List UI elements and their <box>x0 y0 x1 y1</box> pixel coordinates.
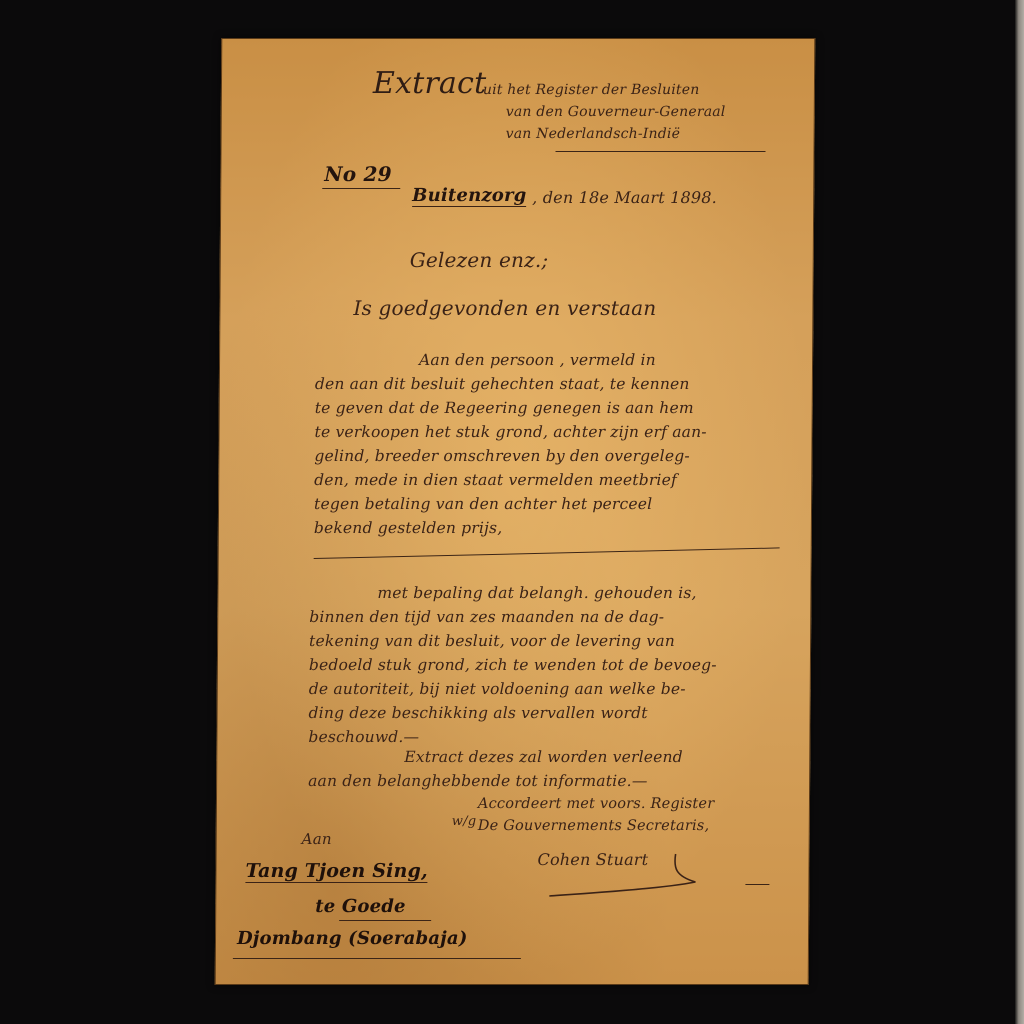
paragraph-2-line: de autoriteit, bij niet voldoening aan w… <box>309 680 686 698</box>
header-underline <box>556 151 766 152</box>
place-name: Buitenzorg <box>412 185 526 207</box>
paragraph-2-line: bedoeld stuk grond, zich te wenden tot d… <box>309 656 717 674</box>
paragraph-1-line: den, mede in dien staat vermelden meetbr… <box>314 471 677 489</box>
background-edge <box>1015 0 1024 1024</box>
dash-mark <box>745 884 769 885</box>
number-underline <box>322 188 400 189</box>
accord-line: Accordeert met voors. Register <box>478 796 715 812</box>
paragraph-2-line: tekening van dit besluit, voor de leveri… <box>309 632 675 650</box>
paragraph-1-line: Aan den persoon , vermeld in <box>419 351 656 369</box>
header-title-word: Extract <box>373 66 487 101</box>
addressee-salutation: Aan <box>302 830 332 848</box>
resolved-clause: Is goedgevonden en verstaan <box>353 296 656 320</box>
signature-flourish <box>545 850 705 900</box>
closing-line-2: aan den belanghebbende tot informatie.— <box>308 772 648 790</box>
addressee-underline <box>233 958 521 959</box>
document-number: No 29 <box>324 162 392 186</box>
paragraph-1-line: tegen betaling van den achter het percee… <box>314 495 652 513</box>
addressee-name: Tang Tjoen Sing, <box>245 860 428 883</box>
header-line-1: uit het Register der Besluiten <box>483 82 700 98</box>
header-line-3: van Nederlandsch-Indië <box>506 126 681 142</box>
addressee-line-2: te Goede <box>315 896 406 917</box>
document-sheet: Extract uit het Register der Besluiten v… <box>215 38 816 985</box>
read-clause: Gelezen enz.; <box>410 248 549 272</box>
paragraph-1-line: te geven dat de Regeering genegen is aan… <box>315 399 694 417</box>
header-line-2: van den Gouverneur-Generaal <box>506 104 726 120</box>
closing-line-1: Extract dezes zal worden verleend <box>404 748 683 766</box>
paragraph-2-line: binnen den tijd van zes maanden na de da… <box>309 608 664 626</box>
paragraph-2-line: beschouwd.— <box>308 728 419 746</box>
date-text: , den 18e Maart 1898. <box>532 188 717 207</box>
paragraph-1-line: gelind, breeder omschreven by den overge… <box>314 447 690 465</box>
paragraph-1-line: den aan dit besluit gehechten staat, te … <box>315 375 690 393</box>
secretary-mark: w/g <box>452 814 477 829</box>
paragraph-1-line: te verkoopen het stuk grond, achter zijn… <box>314 423 706 441</box>
paragraph-2-line: ding deze beschikking als vervallen word… <box>309 704 648 722</box>
paragraph-2-line: met bepaling dat belangh. gehouden is, <box>377 584 696 602</box>
secretary-title: De Gouvernements Secretaris, <box>478 818 710 834</box>
addressee-line-2-underline <box>339 920 431 921</box>
addressee-line-3: Djombang (Soerabaja) <box>237 928 468 949</box>
paragraph-1-line: bekend gestelden prijs, <box>314 519 503 537</box>
section-divider <box>314 547 780 559</box>
